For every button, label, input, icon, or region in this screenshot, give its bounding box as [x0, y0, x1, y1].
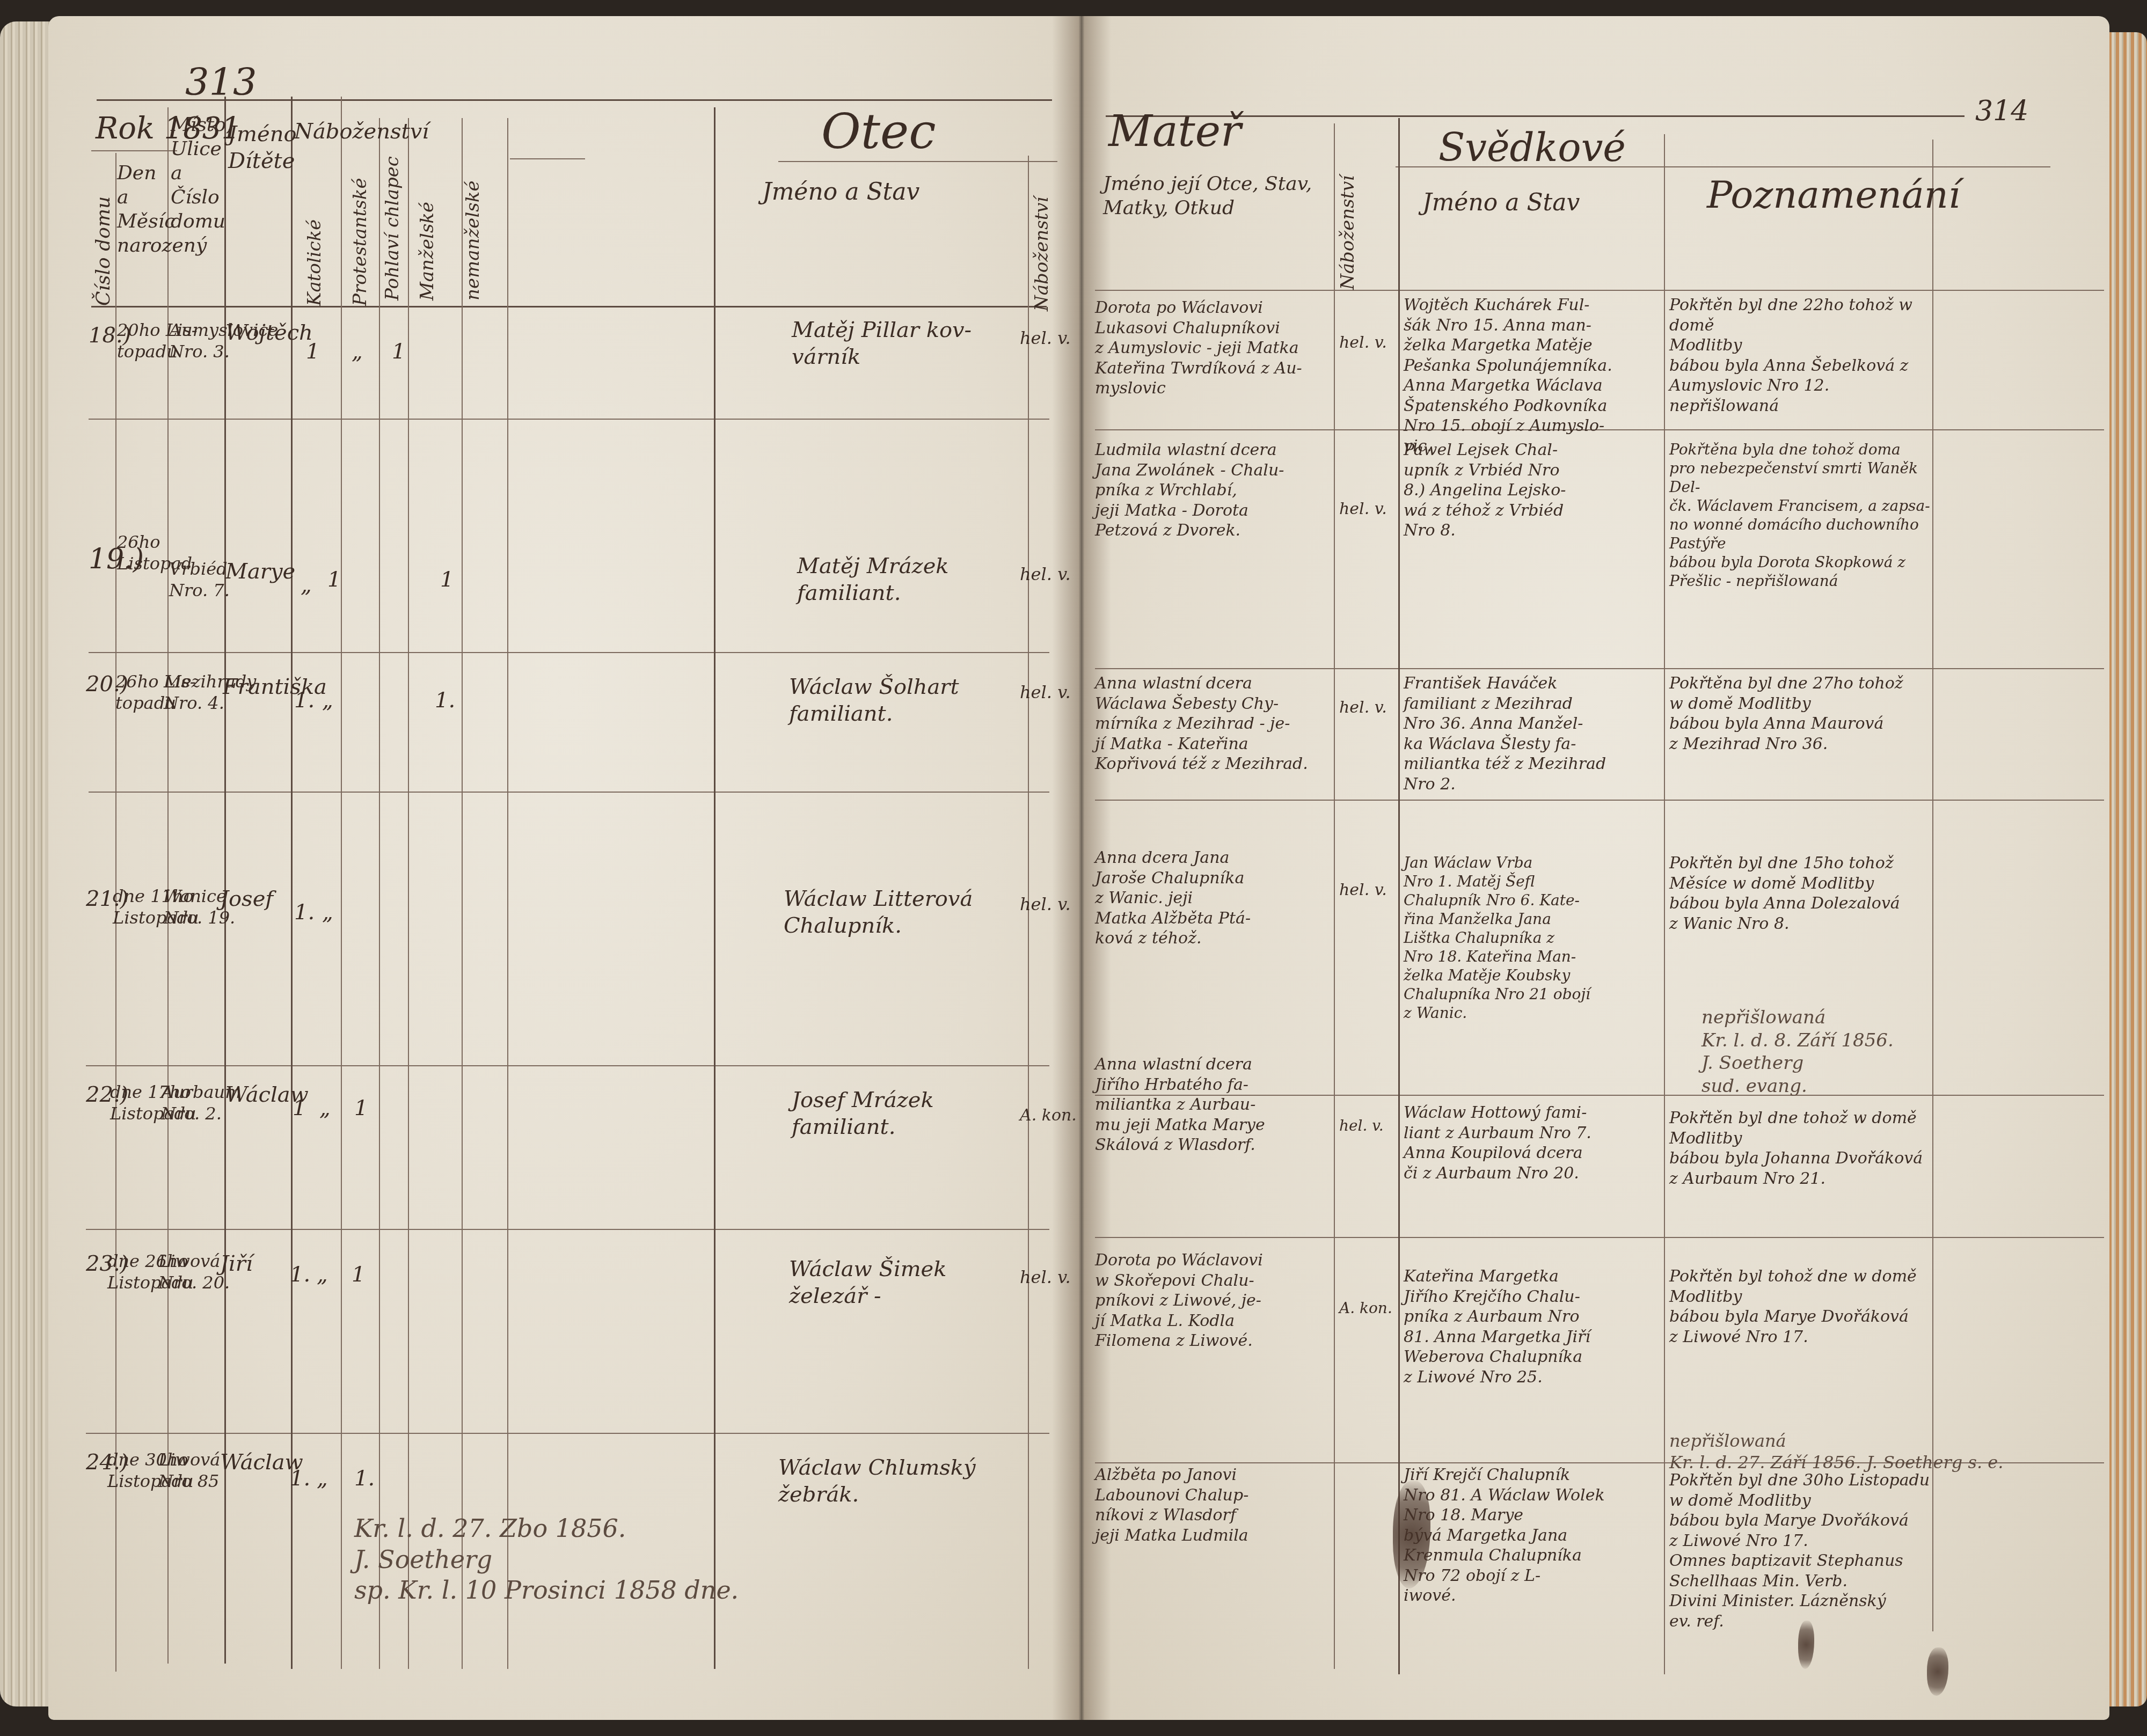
entry-mother-religion: hel. v. — [1339, 880, 1387, 900]
col-divider — [408, 118, 409, 1669]
entry-father-religion: hel. v. — [1020, 682, 1071, 703]
header-father: Otec — [821, 102, 936, 163]
col-divider — [1932, 140, 1933, 1631]
header-religion-protestant: Protestantské — [349, 166, 372, 306]
entry-place: Liwová Nro 85 — [158, 1449, 220, 1492]
year-underline — [91, 150, 177, 151]
entry-remarks: Pokřtěna byla dne tohož doma pro nebezpe… — [1669, 440, 1932, 590]
entry-protestant: 1 — [327, 566, 341, 593]
entry-child: Jiří — [220, 1250, 253, 1277]
row-separator — [86, 1065, 1049, 1066]
entry-mother: Anna wlastní dcera Jiřího Hrbatého fa- m… — [1095, 1054, 1331, 1155]
entry-mother-religion: hel. v. — [1339, 1116, 1384, 1135]
entry-remarks: Pokřtěn byl dne 30ho Listopadu w domě Mo… — [1669, 1470, 1970, 1631]
entry-father: Wáclaw Šolhart familiant. — [789, 673, 959, 727]
row-separator — [89, 792, 1049, 793]
entry-protestant: „ — [352, 338, 363, 365]
header-religion: Náboženství — [294, 118, 429, 145]
header-mother-name: Jméno její Otce, Stav, Matky, Otkud — [1103, 172, 1328, 220]
entry-father-religion: hel. v. — [1020, 1266, 1071, 1288]
entry-remarks: Pokřtěn byl dne 15ho tohož Měsíce w domě… — [1669, 853, 1932, 934]
header-top-rule — [97, 99, 1052, 101]
entry-catholic: „ — [301, 572, 312, 598]
entry-child: Josef — [220, 885, 273, 912]
entry-boy: 1 — [392, 338, 405, 365]
entry-catholic: 1 — [306, 338, 319, 365]
entry-remarks: Pokřtěna byl dne 27ho tohož w domě Modli… — [1669, 673, 1932, 754]
page-stack-right-edge — [2104, 32, 2147, 1706]
entry-mother: Dorota po Wáclavovi w Skořepovi Chalu- p… — [1095, 1250, 1331, 1351]
row-separator — [1095, 668, 2104, 669]
entry-catholic: 1. — [290, 1261, 310, 1288]
header-legitimate: Manželské — [416, 123, 439, 301]
verification-annotation: nepřišlowaná Kr. l. d. 27. Září 1856. J.… — [1669, 1430, 2099, 1473]
entry-remarks: Pokřtěn byl tohož dne w domě Modlitby bá… — [1669, 1266, 1932, 1347]
header-place: Místo, Ulice a Číslo domu — [171, 113, 223, 233]
entry-catholic: 1. — [294, 687, 315, 714]
header-bottom-rule — [91, 306, 1047, 307]
entry-boy: 1. — [354, 1465, 375, 1492]
col-divider — [1664, 134, 1665, 1674]
col-divider — [341, 97, 342, 1669]
religion-subheader-rule — [510, 158, 585, 159]
row-separator — [86, 1433, 1049, 1434]
entry-mother-religion: hel. v. — [1339, 698, 1387, 718]
entry-child: Wojtěch — [225, 319, 313, 346]
entry-child: Marye — [225, 558, 295, 585]
entry-godparents: Wáclaw Hottowý fami- liant z Aurbaum Nro… — [1404, 1103, 1661, 1183]
entry-father: Matěj Pillar kov- várník — [792, 317, 972, 370]
entry-father-religion: hel. v. — [1020, 563, 1071, 585]
header-father-religion: Náboženství — [1031, 161, 1054, 311]
col-divider — [507, 118, 508, 1669]
entry-protestant: „ — [319, 1095, 331, 1122]
entry-mother-religion: hel. v. — [1339, 499, 1387, 519]
margin-annotation: Kr. l. d. 27. Zbo 1856. J. Soetherg sp. … — [354, 1513, 794, 1606]
col-divider — [714, 107, 715, 1669]
entry-catholic: 1. — [294, 899, 315, 926]
entry-father-religion: hel. v. — [1020, 893, 1071, 915]
row-separator — [89, 652, 1049, 653]
entry-remarks: Pokřtěn byl dne tohož w domě Modlitby bá… — [1669, 1108, 1932, 1189]
entry-father-religion: hel. v. — [1020, 327, 1071, 349]
header-bottom-rule-right — [1095, 290, 2104, 291]
entry-catholic: 1 — [293, 1095, 306, 1122]
entry-father-religion: A. kon. — [1020, 1105, 1077, 1126]
entry-father: Wáclaw Šimek železář - — [789, 1256, 947, 1309]
entry-boy: 1 — [352, 1261, 365, 1288]
header-house-number: Číslo domu — [91, 166, 115, 306]
header-religion-catholic: Katolické — [303, 166, 326, 306]
entry-girl: 1 — [440, 566, 454, 593]
entry-godparents: František Haváček familiant z Mezihrad N… — [1404, 673, 1661, 794]
entry-mother: Dorota po Wáclavovi Lukasovi Chalupníkov… — [1095, 298, 1331, 399]
entry-father: Matěj Mrázek familiant. — [797, 553, 949, 606]
entry-mother: Ludmila wlastní dcera Jana Zwolánek - Ch… — [1095, 440, 1331, 541]
verification-annotation: nepřišlowaná Kr. l. d. 8. Září 1856. J. … — [1701, 1006, 2002, 1097]
entry-godparents: Wojtěch Kuchárek Ful- šák Nro 15. Anna m… — [1404, 295, 1661, 456]
entry-protestant: „ — [317, 1465, 328, 1492]
header-mother: Mateř — [1108, 105, 1241, 158]
header-godparents: Svědkové — [1438, 123, 1626, 172]
entry-mother: Anna wlastní dcera Wáclawa Šebesty Chy- … — [1095, 673, 1331, 774]
header-godparents-name-status: Jméno a Stav — [1422, 188, 1580, 217]
col-divider — [462, 118, 463, 1669]
header-mother-religion: Náboženství — [1337, 129, 1360, 290]
entry-father: Wáclaw Litterová Chalupník. — [784, 885, 973, 939]
entry-mother: Anna dcera Jana Jaroše Chalupníka z Wani… — [1095, 848, 1331, 949]
header-day-month: Den a Měsíc narozený — [117, 161, 166, 258]
header-illegitimate: nemanželské — [462, 123, 485, 301]
entry-protestant: „ — [322, 687, 333, 714]
entry-godparents: Kateřina Margetka Jiřího Krejčího Chalu-… — [1404, 1266, 1661, 1387]
entry-remarks: Pokřtěn byl dne 22ho tohož w domě Modlit… — [1669, 295, 1932, 416]
entry-catholic: 1. — [290, 1465, 310, 1492]
row-separator — [86, 1229, 1049, 1230]
entry-godparents: Jiří Krejčí Chalupník Nro 81. A Wáclaw W… — [1404, 1465, 1661, 1606]
row-separator — [89, 419, 1049, 420]
entry-girl: 1. — [435, 687, 455, 714]
entry-boy: 1 — [354, 1095, 368, 1122]
open-register-book: 313 314 Rok 1831 Číslo domu Den a Měsíc … — [0, 0, 2147, 1736]
entry-protestant: „ — [317, 1261, 328, 1288]
entry-godparents: Pawel Lejsek Chal- upník z Vrbiéd Nro 8.… — [1404, 440, 1661, 541]
header-child-name: Jméno Dítěte — [228, 121, 290, 174]
col-divider — [1398, 118, 1400, 1674]
header-remarks: Poznamenání — [1707, 172, 1960, 219]
header-sex-boy: Pohlaví chlapec — [381, 123, 404, 301]
col-divider — [379, 118, 380, 1669]
entry-mother-religion: hel. v. — [1339, 333, 1387, 353]
row-separator — [1095, 800, 2104, 801]
entry-mother-religion: A. kon. — [1339, 1299, 1392, 1317]
entry-protestant: „ — [322, 899, 333, 926]
right-page-number: 314 — [1975, 94, 2028, 129]
entry-godparents: Jan Wáclaw Vrba Nro 1. Matěj Šefl Chalup… — [1404, 853, 1661, 1022]
entry-place: Vrbiéd Nro. 7. — [169, 558, 230, 601]
header-father-name-status: Jméno a Stav — [762, 177, 919, 207]
entry-place: Liwová Nro. 20. — [158, 1250, 230, 1293]
entry-mother: Alžběta po Janovi Labounovi Chalup- níko… — [1095, 1465, 1331, 1545]
col-divider — [1334, 123, 1335, 1669]
entry-father: Josef Mrázek familiant. — [792, 1087, 934, 1140]
entry-father: Wáclaw Chlumský žebrák. — [778, 1454, 976, 1508]
row-separator — [1095, 1237, 2104, 1238]
